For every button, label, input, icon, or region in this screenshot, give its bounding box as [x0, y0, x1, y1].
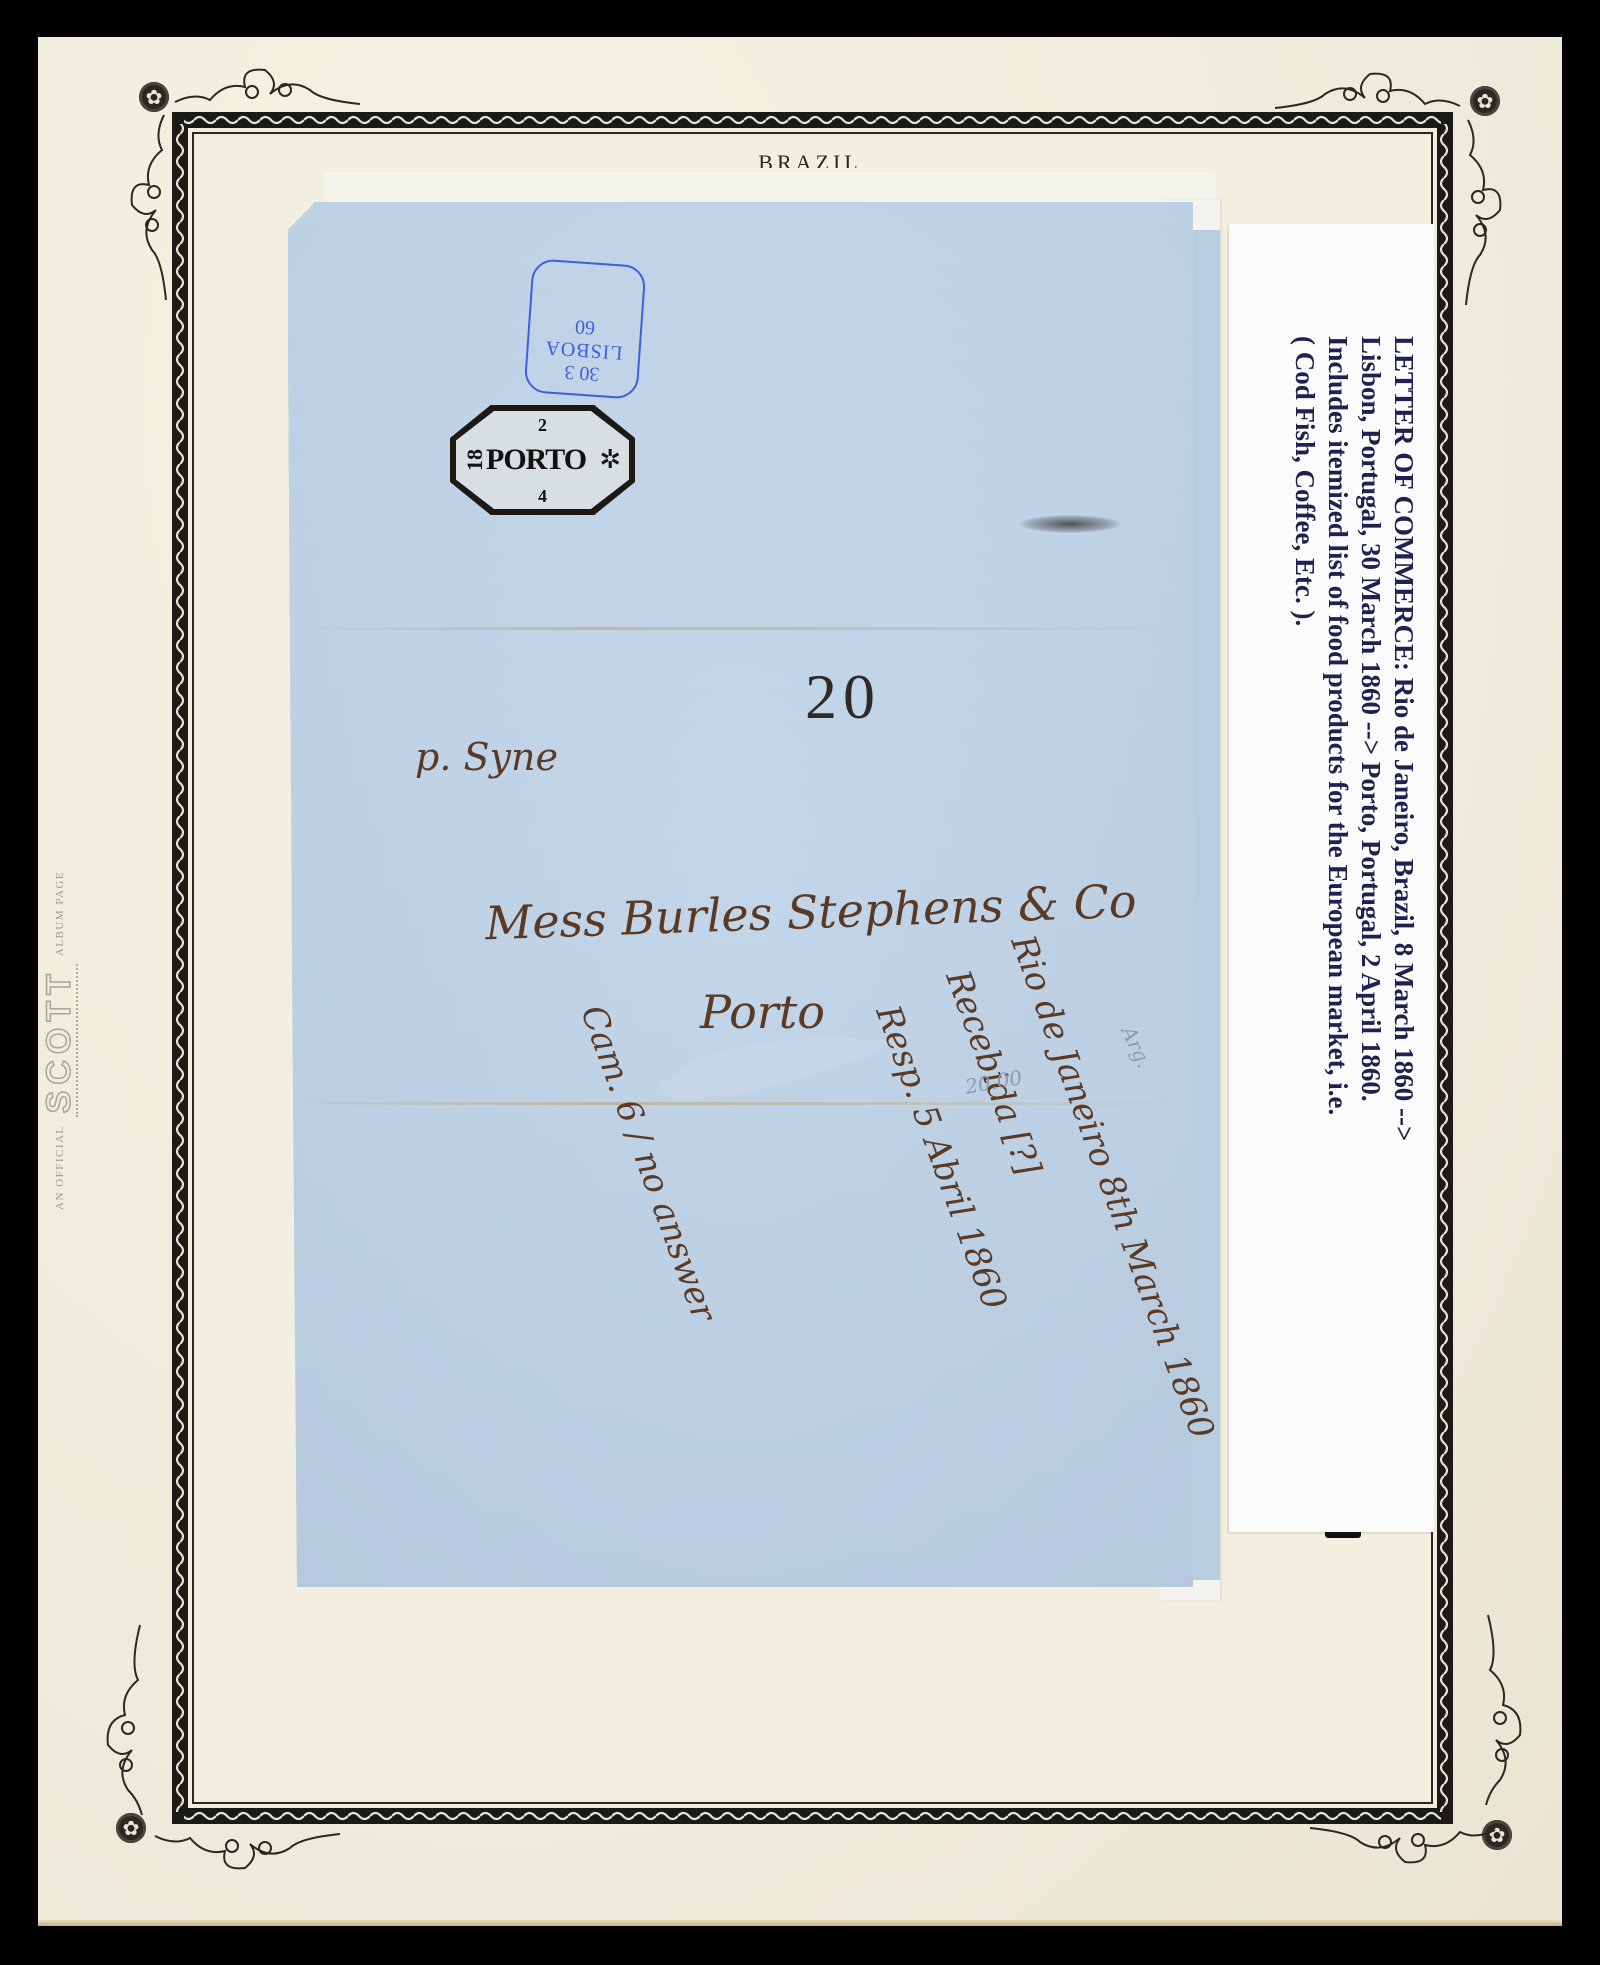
page-header-country: BRAZIL	[740, 150, 880, 168]
ship-endorsement: p. Syne	[415, 735, 558, 779]
caption-line: Lisbon, Portugal, 30 March 1860 --> Port…	[1354, 336, 1387, 1436]
imprint-prefix: AN OFFICIAL	[54, 1125, 66, 1210]
postage-rate-mark: 20	[805, 660, 881, 734]
caption-line: ( Cod Fish, Coffee, Etc. ).	[1288, 336, 1321, 1436]
rosette-icon	[1470, 86, 1500, 116]
ink-smudge	[1020, 515, 1120, 533]
imprint-brand: SCOTT	[42, 964, 78, 1117]
postmark-lisboa: 30 3 LISBOA 60	[523, 258, 646, 400]
enclosure-sheet	[324, 172, 1216, 202]
flourish-ornament-icon	[1458, 115, 1508, 315]
flourish-ornament-icon	[170, 62, 370, 112]
postmark-porto: 2 18 PORTO ✲ 4	[456, 411, 629, 509]
page-edge	[38, 1920, 1562, 1926]
flourish-ornament-icon	[1300, 1820, 1500, 1870]
flourish-ornament-icon	[124, 110, 174, 310]
flourish-ornament-icon	[100, 1620, 150, 1820]
flourish-ornament-icon	[150, 1826, 350, 1876]
rosette-icon	[139, 82, 169, 112]
fold-line	[288, 1102, 1193, 1105]
caption-line: Includes itemized list of food products …	[1321, 336, 1354, 1436]
flourish-ornament-icon	[1265, 66, 1465, 116]
margin-imprint: AN OFFICIAL SCOTT ALBUM PAGE	[42, 871, 78, 1210]
mount-tab	[1325, 1532, 1361, 1538]
caption-line: LETTER OF COMMERCE: Rio de Janeiro, Braz…	[1387, 336, 1420, 1436]
imprint-suffix: ALBUM PAGE	[54, 871, 66, 956]
flourish-ornament-icon	[1478, 1610, 1528, 1810]
fold-line	[288, 627, 1193, 630]
address-city: Porto	[700, 985, 825, 1039]
postmark-ornament-icon: ✲	[599, 445, 621, 475]
caption-text: LETTER OF COMMERCE: Rio de Janeiro, Braz…	[1288, 336, 1420, 1436]
